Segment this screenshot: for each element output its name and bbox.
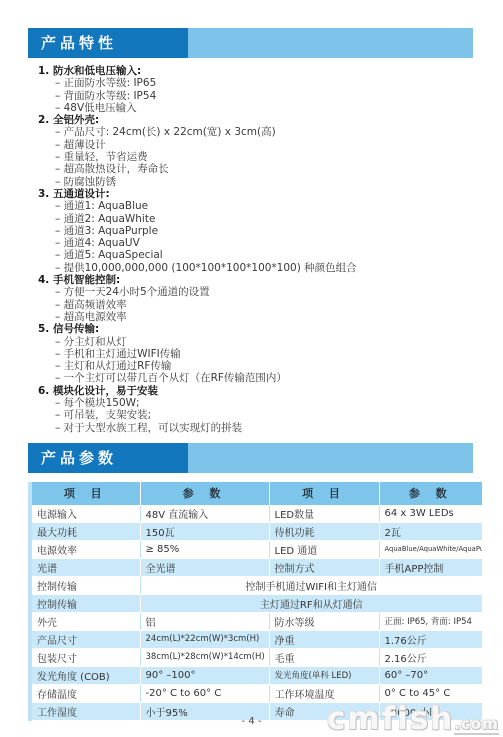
feature-sub-item: – 背面防水等级: IP54 <box>38 90 485 102</box>
param-label: 控制传输 <box>30 594 140 612</box>
param-label: LED 通道 <box>269 540 379 558</box>
feature-sub-item: – 手机和主灯通过WIFI传输 <box>38 348 485 360</box>
feature-sub-item: – 主灯和从灯通过RF传输 <box>38 360 485 372</box>
table-row: 存储温度 -20° C to 60° C 工作环境温度 0° C to 45° … <box>30 684 482 702</box>
param-value: 手机APP控制 <box>379 558 482 576</box>
param-label: 外壳 <box>30 612 140 630</box>
param-label: 控制传输 <box>30 576 140 594</box>
table-row: 最大功耗 150瓦 待机功耗 2瓦 <box>30 522 482 540</box>
params-table: 项 目 参 数 项 目 参 数 电源输入 48V 直流输入 LED数量 64 x… <box>28 482 482 721</box>
feature-sub-item: – 通道4: AquaUV <box>38 237 485 249</box>
table-row-span: 控制传输 主灯通过RF和从灯通信 <box>30 594 482 612</box>
watermark-text: cmfish <box>327 701 454 737</box>
table-row: 包装尺寸 38cm(L)*28cm(W)*14cm(H) 毛重 2.16公斤 <box>30 648 482 666</box>
column-header: 项 目 <box>30 482 140 505</box>
feature-sub-item: – 重量轻，节省运费 <box>38 151 485 163</box>
feature-heading: 3. 五通道设计: <box>38 188 485 200</box>
feature-sub-item: – 每个模块150W; <box>38 397 485 409</box>
feature-heading: 6. 模块化设计，易于安装 <box>38 385 485 397</box>
param-label: 工作环境温度 <box>269 684 379 702</box>
table-row-span: 控制传输 控制手机通过WIFI和主灯通信 <box>30 576 482 594</box>
feature-sub-item: – 产品尺寸: 24cm(长) x 22cm(宽) x 3cm(高) <box>38 126 485 138</box>
param-value: 60° –70° <box>379 666 482 684</box>
table-row: 发光角度 (COB) 90° –100° 发光角度(单科 LED) 60° –7… <box>30 666 482 684</box>
param-value: 90° –100° <box>140 666 269 684</box>
feature-heading: 5. 信号传输: <box>38 323 485 335</box>
feature-sub-item: – 对于大型水族工程，可以实现灯的拼装 <box>38 422 485 434</box>
param-value: 150瓦 <box>140 522 269 540</box>
param-value: 48V 直流输入 <box>140 505 269 523</box>
column-header: 参 数 <box>140 482 269 505</box>
param-label: 电源效率 <box>30 540 140 558</box>
feature-sub-item: – 超高频谱效率 <box>38 299 485 311</box>
param-label: 净重 <box>269 630 379 648</box>
feature-sub-item: – 提供10,000,000,000 (100*100*100*100*100)… <box>38 262 485 274</box>
param-value: 64 x 3W LEDs <box>379 505 482 523</box>
feature-heading: 1. 防水和低电压输入: <box>38 65 485 77</box>
feature-sub-item: – 可吊装，支架安装; <box>38 409 485 421</box>
table-row: 产品尺寸 24cm(L)*22cm(W)*3cm(H) 净重 1.76公斤 <box>30 630 482 648</box>
spec-sheet-page: 产品特性 1. 防水和低电压输入: – 正面防水等级: IP65 – 背面防水等… <box>0 0 503 737</box>
table-row: 光谱 全光谱 控制方式 手机APP控制 <box>30 558 482 576</box>
table-row: 电源输入 48V 直流输入 LED数量 64 x 3W LEDs <box>30 505 482 523</box>
param-label: 光谱 <box>30 558 140 576</box>
param-value: 2瓦 <box>379 522 482 540</box>
feature-sub-item: – 方便一天24小时5个通道的设置 <box>38 286 485 298</box>
param-label: 控制方式 <box>269 558 379 576</box>
features-section-banner: 产品特性 <box>28 28 473 58</box>
feature-sub-item: – 48V低电压输入 <box>38 102 485 114</box>
feature-sub-item: – 通道1: AquaBlue <box>38 200 485 212</box>
feature-sub-item: – 防腐蚀防锈 <box>38 176 485 188</box>
params-banner-accent <box>188 443 473 473</box>
column-header: 参 数 <box>379 482 482 505</box>
param-label: 防水等级 <box>269 612 379 630</box>
param-value: 控制手机通过WIFI和主灯通信 <box>140 576 482 594</box>
watermark-suffix: .com <box>454 715 499 735</box>
param-label: 包装尺寸 <box>30 648 140 666</box>
params-section-title: 产品参数 <box>28 443 188 473</box>
param-label: 存储温度 <box>30 684 140 702</box>
feature-sub-item: – 通道2: AquaWhite <box>38 213 485 225</box>
param-value: ≥ 85% <box>140 540 269 558</box>
param-value: 24cm(L)*22cm(W)*3cm(H) <box>140 630 269 648</box>
param-value: 1.76公斤 <box>379 630 482 648</box>
params-section-banner: 产品参数 <box>28 443 473 473</box>
param-label: LED数量 <box>269 505 379 523</box>
param-label: 最大功耗 <box>30 522 140 540</box>
feature-sub-item: – 分主灯和从灯 <box>38 336 485 348</box>
param-value: 铝 <box>140 612 269 630</box>
param-label: 发光角度 (COB) <box>30 666 140 684</box>
table-row: 电源效率 ≥ 85% LED 通道 AquaBlue/AquaWhite/Aqu… <box>30 540 482 558</box>
feature-sub-item: – 一个主灯可以带几百个从灯（在RF传输范围内） <box>38 372 485 384</box>
param-value: 2.16公斤 <box>379 648 482 666</box>
features-section-title: 产品特性 <box>28 28 188 58</box>
features-banner-accent <box>188 28 473 58</box>
column-header: 项 目 <box>269 482 379 505</box>
param-label: 电源输入 <box>30 505 140 523</box>
feature-heading: 2. 全铝外壳: <box>38 114 485 126</box>
param-label: 产品尺寸 <box>30 630 140 648</box>
param-label: 毛重 <box>269 648 379 666</box>
param-label: 待机功耗 <box>269 522 379 540</box>
feature-sub-item: – 超薄设计 <box>38 139 485 151</box>
param-value: 0° C to 45° C <box>379 684 482 702</box>
feature-sub-item: – 正面防水等级: IP65 <box>38 77 485 89</box>
feature-sub-item: – 通道3: AquaPurple <box>38 225 485 237</box>
param-value: 主灯通过RF和从灯通信 <box>140 594 482 612</box>
table-header-row: 项 目 参 数 项 目 参 数 <box>30 482 482 505</box>
param-value: -20° C to 60° C <box>140 684 269 702</box>
feature-sub-item: – 超高电源效率 <box>38 311 485 323</box>
param-value: AquaBlue/AquaWhite/AquaPurple/AquaUV/Aqu… <box>379 540 482 558</box>
param-value: 全光谱 <box>140 558 269 576</box>
watermark-logo: cmfish.com <box>327 701 499 737</box>
features-list: 1. 防水和低电压输入: – 正面防水等级: IP65 – 背面防水等级: IP… <box>38 65 485 434</box>
param-value: 38cm(L)*28cm(W)*14cm(H) <box>140 648 269 666</box>
feature-heading: 4. 手机智能控制: <box>38 274 485 286</box>
feature-sub-item: – 通道5: AquaSpecial <box>38 249 485 261</box>
table-row: 外壳 铝 防水等级 正面: IP65, 背面: IP54 <box>30 612 482 630</box>
param-value: 正面: IP65, 背面: IP54 <box>379 612 482 630</box>
feature-sub-item: – 超高散热设计，寿命长 <box>38 163 485 175</box>
param-label: 发光角度(单科 LED) <box>269 666 379 684</box>
